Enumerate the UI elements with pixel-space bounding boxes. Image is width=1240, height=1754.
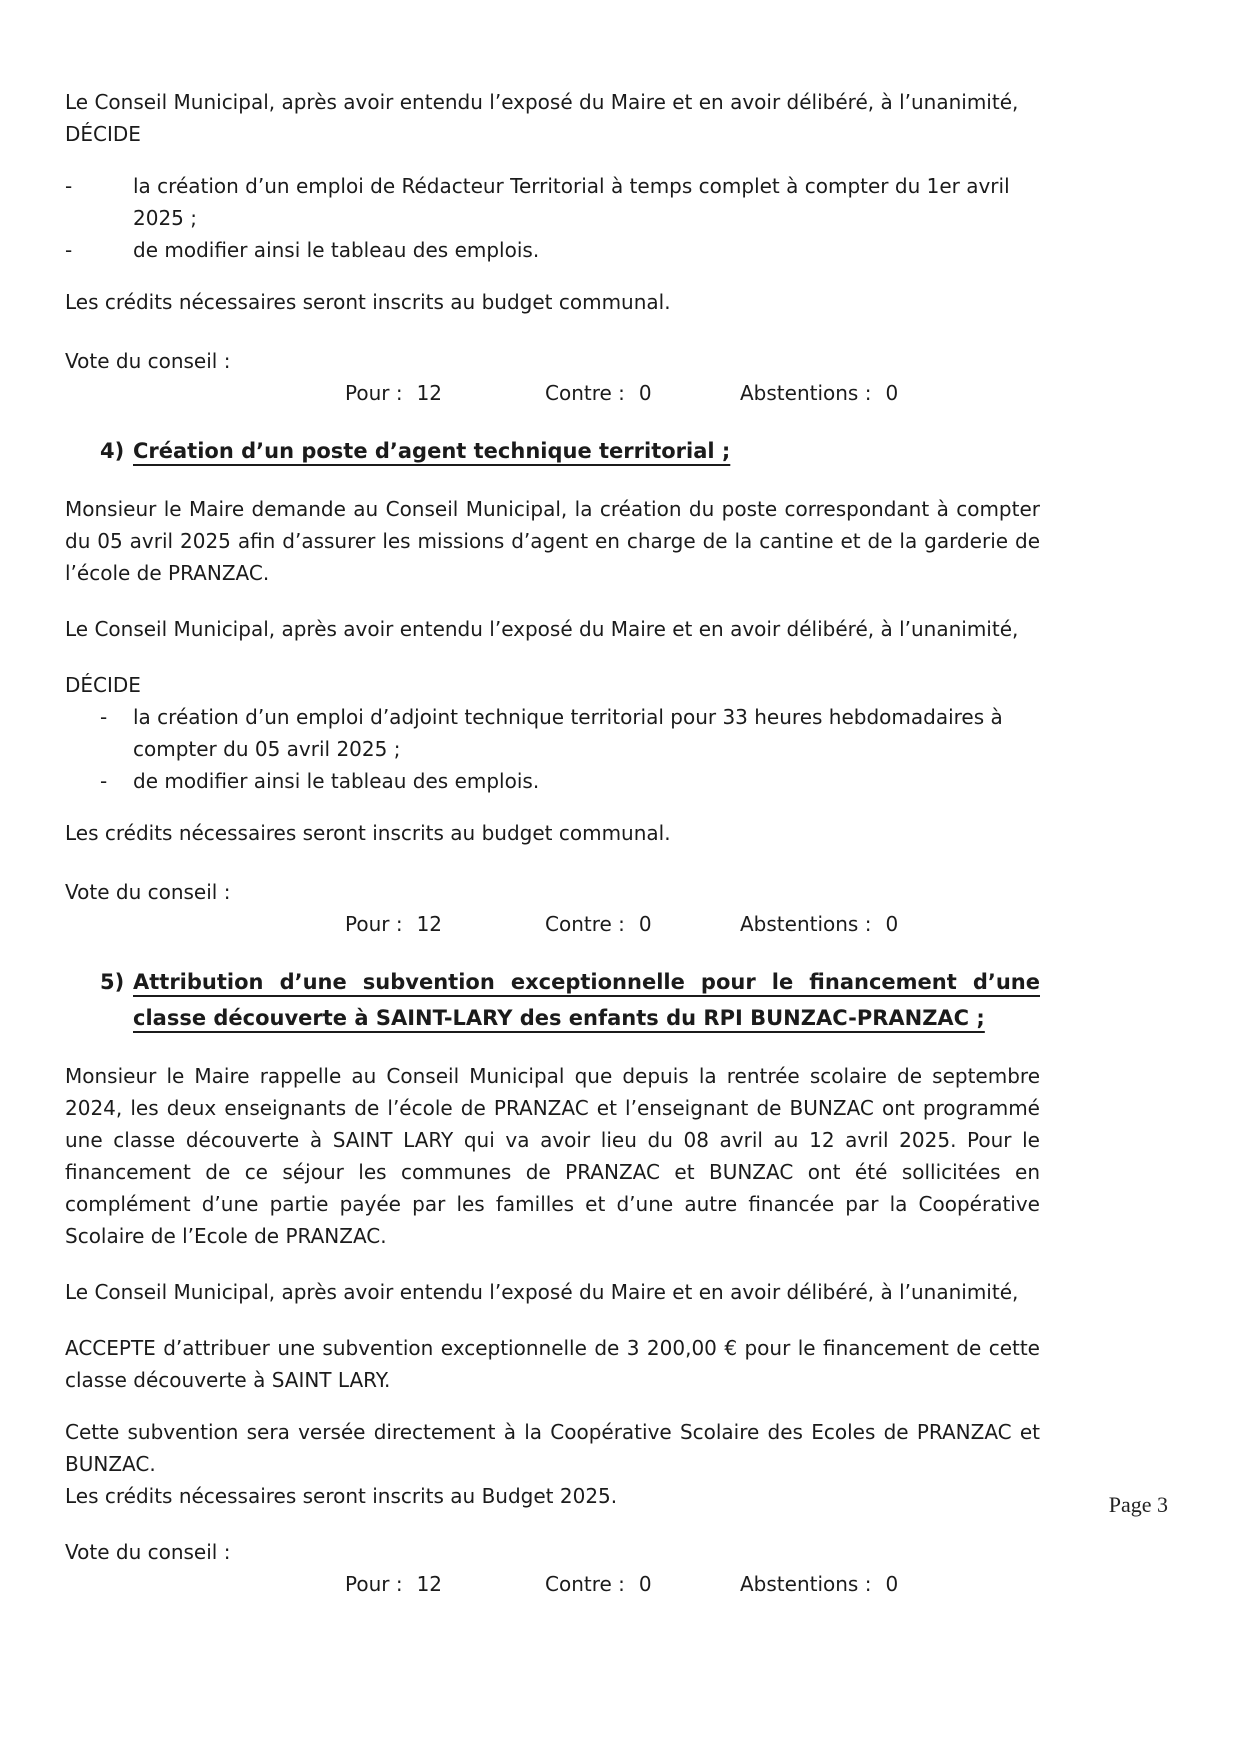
vote-pour-label: Pour : — [345, 1568, 403, 1600]
section-5-number: 5) — [100, 964, 133, 1036]
vote-pour-label: Pour : — [345, 908, 403, 940]
vote-pour: Pour : 12 — [345, 377, 545, 409]
vote-abstentions: Abstentions : 0 — [740, 377, 898, 409]
section-4: 4) Création d’un poste d’agent technique… — [65, 433, 1040, 940]
vote-abstentions-label: Abstentions : — [740, 1568, 871, 1600]
vote-contre: Contre : 0 — [545, 377, 740, 409]
list-item-text: la création d’un emploi de Rédacteur Ter… — [133, 170, 1040, 234]
section-4-heading: 4) Création d’un poste d’agent technique… — [100, 433, 1040, 469]
paragraph: Cette subvention sera versée directement… — [65, 1416, 1040, 1480]
credits-line: Les crédits nécessaires seront inscrits … — [65, 1480, 1040, 1512]
vote-pour-value: 12 — [417, 908, 442, 940]
vote-abstentions: Abstentions : 0 — [740, 1568, 898, 1600]
bullet-list: - la création d’un emploi d’adjoint tech… — [100, 701, 1040, 797]
vote-row: Pour : 12 Contre : 0 Abstentions : 0 — [345, 908, 1040, 940]
list-item: - de modifier ainsi le tableau des emplo… — [65, 234, 1040, 266]
dash-marker: - — [65, 234, 133, 266]
list-item-text: de modifier ainsi le tableau des emplois… — [133, 234, 1040, 266]
vote-heading: Vote du conseil : — [65, 345, 1040, 377]
list-item-text: la création d’un emploi d’adjoint techni… — [133, 701, 1040, 765]
paragraph: Monsieur le Maire rappelle au Conseil Mu… — [65, 1060, 1040, 1252]
vote-contre: Contre : 0 — [545, 1568, 740, 1600]
vote-contre-value: 0 — [639, 1568, 652, 1600]
vote-block: Vote du conseil : Pour : 12 Contre : 0 A… — [65, 876, 1040, 940]
vote-abstentions-label: Abstentions : — [740, 908, 871, 940]
document-page: Le Conseil Municipal, après avoir entend… — [0, 0, 1240, 1754]
page-number: Page 3 — [1109, 1492, 1168, 1518]
vote-heading: Vote du conseil : — [65, 1536, 1040, 1568]
bullet-list: - la création d’un emploi de Rédacteur T… — [65, 170, 1040, 266]
vote-abstentions-value: 0 — [885, 1568, 898, 1600]
decide-label: DÉCIDE — [65, 669, 1040, 701]
decide-label: DÉCIDE — [65, 118, 1040, 150]
vote-contre-label: Contre : — [545, 377, 625, 409]
vote-pour-value: 12 — [417, 377, 442, 409]
section-4-number: 4) — [100, 433, 133, 469]
vote-abstentions-label: Abstentions : — [740, 377, 871, 409]
paragraph: Monsieur le Maire demande au Conseil Mun… — [65, 493, 1040, 589]
dash-marker: - — [100, 701, 133, 765]
vote-contre: Contre : 0 — [545, 908, 740, 940]
section-3-end: Le Conseil Municipal, après avoir entend… — [65, 86, 1040, 409]
accepte-paragraph: ACCEPTE d’attribuer une subvention excep… — [65, 1332, 1040, 1396]
dash-marker: - — [100, 765, 133, 797]
vote-row: Pour : 12 Contre : 0 Abstentions : 0 — [345, 1568, 1040, 1600]
vote-block: Vote du conseil : Pour : 12 Contre : 0 A… — [65, 345, 1040, 409]
dash-marker: - — [65, 170, 133, 234]
vote-contre-value: 0 — [639, 377, 652, 409]
credits-line: Les crédits nécessaires seront inscrits … — [65, 286, 1040, 318]
credits-line: Les crédits nécessaires seront inscrits … — [65, 817, 1040, 849]
deliberation-line: Le Conseil Municipal, après avoir entend… — [65, 613, 1040, 645]
vote-pour: Pour : 12 — [345, 1568, 545, 1600]
section-5-heading: 5) Attribution d’une subvention exceptio… — [100, 964, 1040, 1036]
list-item: - de modifier ainsi le tableau des emplo… — [100, 765, 1040, 797]
deliberation-line: Le Conseil Municipal, après avoir entend… — [65, 86, 1040, 118]
vote-block: Vote du conseil : Pour : 12 Contre : 0 A… — [65, 1536, 1040, 1600]
vote-row: Pour : 12 Contre : 0 Abstentions : 0 — [345, 377, 1040, 409]
section-5-title: Attribution d’une subvention exceptionne… — [133, 964, 1040, 1036]
vote-pour-value: 12 — [417, 1568, 442, 1600]
vote-abstentions: Abstentions : 0 — [740, 908, 898, 940]
vote-abstentions-value: 0 — [885, 377, 898, 409]
vote-contre-label: Contre : — [545, 908, 625, 940]
section-4-title: Création d’un poste d’agent technique te… — [133, 433, 1040, 469]
vote-abstentions-value: 0 — [885, 908, 898, 940]
vote-contre-value: 0 — [639, 908, 652, 940]
deliberation-line: Le Conseil Municipal, après avoir entend… — [65, 1276, 1040, 1308]
section-5: 5) Attribution d’une subvention exceptio… — [65, 964, 1040, 1600]
vote-pour-label: Pour : — [345, 377, 403, 409]
list-item: - la création d’un emploi d’adjoint tech… — [100, 701, 1040, 765]
list-item: - la création d’un emploi de Rédacteur T… — [65, 170, 1040, 234]
list-item-text: de modifier ainsi le tableau des emplois… — [133, 765, 1040, 797]
vote-heading: Vote du conseil : — [65, 876, 1040, 908]
vote-contre-label: Contre : — [545, 1568, 625, 1600]
vote-pour: Pour : 12 — [345, 908, 545, 940]
